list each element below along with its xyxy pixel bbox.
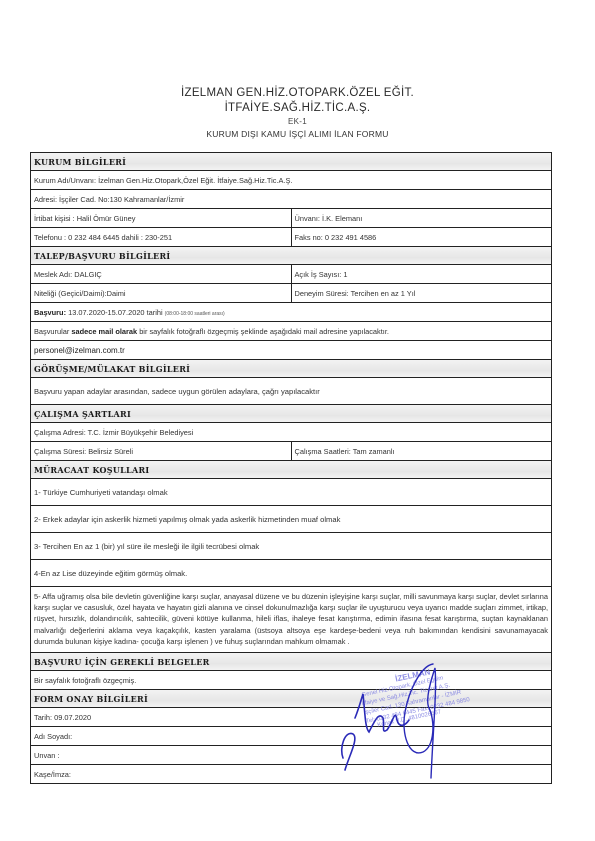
approver-name: Adı Soyadı: — [31, 727, 552, 746]
job-posting-form: KURUM BİLGİLERİ Kurum Adı/Unvanı: İzelma… — [30, 152, 552, 784]
contact-title: Ünvanı: İ.K. Elemanı — [291, 209, 552, 228]
section-calisma: ÇALIŞMA ŞARTLARI — [31, 405, 552, 423]
form-title: KURUM DIŞI KAMU İŞÇİ ALIMI İLAN FORMU — [0, 128, 595, 141]
application-label: Başvuru: — [34, 308, 66, 317]
instructions-bold: sadece mail olarak — [71, 327, 137, 336]
contact-fax: Faks no: 0 232 491 4586 — [291, 228, 552, 247]
condition-item: 1- Türkiye Cumhuriyeti vatandaşı olmak — [31, 479, 552, 506]
application-instructions: Başvurular sadece mail olarak bir sayfal… — [31, 322, 552, 341]
section-belgeler: BAŞVURU İÇİN GEREKLİ BELGELER — [31, 653, 552, 671]
work-duration: Çalışma Süresi: Belirsiz Süreli — [31, 442, 292, 461]
interview-info: Başvuru yapan adaylar arasından, sadece … — [31, 378, 552, 405]
company-name-line2: İTFAİYE.SAĞ.HİZ.TİC.A.Ş. — [0, 101, 595, 116]
open-positions: Açık İş Sayısı: 1 — [291, 265, 552, 284]
document-header: İZELMAN GEN.HİZ.OTOPARK.ÖZEL EĞİT. İTFAİ… — [0, 86, 595, 141]
approval-date: Tarih: 09.07.2020 — [31, 708, 552, 727]
section-muracaat: MÜRACAAT KOŞULLARI — [31, 461, 552, 479]
condition-item: 3- Tercihen En az 1 (bir) yıl süre ile m… — [31, 533, 552, 560]
condition-item: 4-En az Lise düzeyinde eğitim görmüş olm… — [31, 560, 552, 587]
application-dates: 13.07.2020-15.07.2020 tarihi — [66, 308, 165, 317]
approver-title: Unvan : — [31, 746, 552, 765]
application-hours: (08:00-18:00 saatleri arası) — [165, 311, 225, 317]
instructions-prefix: Başvurular — [34, 327, 71, 336]
position-type: Niteliği (Geçici/Daimi):Daimi — [31, 284, 292, 303]
application-period: Başvuru: 13.07.2020-15.07.2020 tarihi (0… — [31, 303, 552, 322]
contact-person: İrtibat kişisi : Halil Ömür Güney — [31, 209, 292, 228]
company-name-line1: İZELMAN GEN.HİZ.OTOPARK.ÖZEL EĞİT. — [0, 86, 595, 101]
application-email[interactable]: personel@izelman.com.tr — [31, 341, 552, 360]
section-talep: TALEP/BAŞVURU BİLGİLERİ — [31, 247, 552, 265]
condition-item: 5- Affa uğramış olsa bile devletin güven… — [31, 587, 552, 653]
section-onay: FORM ONAY BİLGİLERİ — [31, 690, 552, 708]
annex-label: EK-1 — [0, 116, 595, 128]
stamp-signature-field: Kaşe/İmza: — [31, 765, 552, 784]
section-kurum: KURUM BİLGİLERİ — [31, 153, 552, 171]
profession: Meslek Adı: DALGIÇ — [31, 265, 292, 284]
work-hours: Çalışma Saatleri: Tam zamanlı — [291, 442, 552, 461]
experience-required: Deneyim Süresi: Tercihen en az 1 Yıl — [291, 284, 552, 303]
instructions-suffix: bir sayfalık fotoğraflı özgeçmiş şeklind… — [137, 327, 389, 336]
required-documents: Bir sayfalık fotoğraflı özgeçmiş. — [31, 671, 552, 690]
contact-phone: Telefonu : 0 232 484 6445 dahili : 230-2… — [31, 228, 292, 247]
condition-item: 2- Erkek adaylar için askerlik hizmeti y… — [31, 506, 552, 533]
institution-name: Kurum Adı/Unvanı: İzelman Gen.Hiz.Otopar… — [31, 171, 552, 190]
section-gorusme: GÖRÜŞME/MÜLAKAT BİLGİLERİ — [31, 360, 552, 378]
institution-address: Adresi: İşçiler Cad. No:130 Kahramanlar/… — [31, 190, 552, 209]
work-address: Çalışma Adresi: T.C. İzmir Büyükşehir Be… — [31, 423, 552, 442]
